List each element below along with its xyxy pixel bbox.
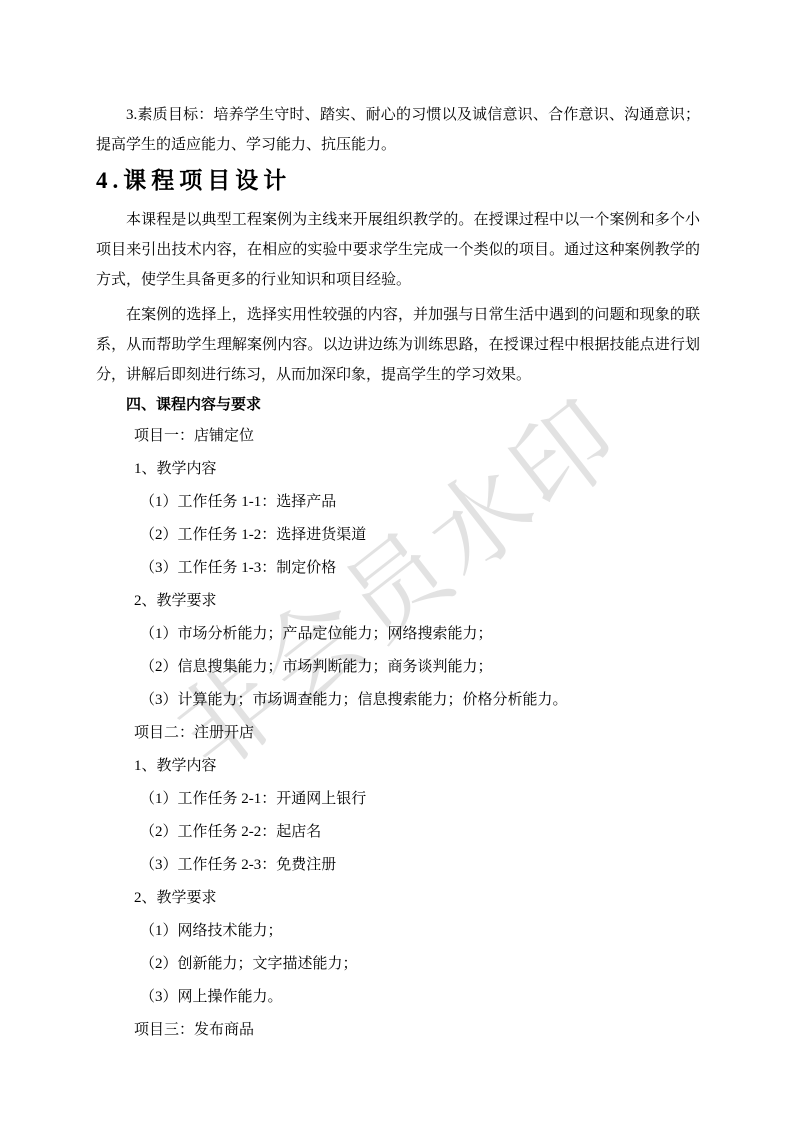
list-line-task: （3）工作任务 2-3：免费注册 (96, 849, 700, 882)
list-line-ability: （1）网络技术能力； (96, 915, 700, 948)
list-line-teaching-requirement: 2、教学要求 (96, 585, 700, 618)
list-line-ability: （2）信息搜集能力；市场判断能力；商务谈判能力； (96, 651, 700, 684)
paragraph-intro-2: 在案例的选择上，选择实用性较强的内容，并加强与日常生活中遇到的问题和现象的联系，… (96, 300, 700, 390)
list-line-task: （2）工作任务 2-2：起店名 (96, 816, 700, 849)
list-line-task: （1）工作任务 1-1：选择产品 (96, 486, 700, 519)
section-heading: 四、课程内容与要求 (96, 390, 700, 420)
list-line-project-1: 项目一：店铺定位 (96, 420, 700, 453)
list-line-teaching-content: 1、教学内容 (96, 453, 700, 486)
paragraph-intro-1: 本课程是以典型工程案例为主线来开展组织教学的。在授课过程中以一个案例和多个小项目… (96, 205, 700, 295)
list-line-ability: （3）计算能力；市场调查能力；信息搜索能力；价格分析能力。 (96, 684, 700, 717)
list-line-task: （3）工作任务 1-3：制定价格 (96, 552, 700, 585)
list-line-teaching-content: 1、教学内容 (96, 750, 700, 783)
list-line-teaching-requirement: 2、教学要求 (96, 882, 700, 915)
list-line-project-3: 项目三：发布商品 (96, 1014, 700, 1047)
list-line-ability: （3）网上操作能力。 (96, 981, 700, 1014)
chapter-heading: 4.课程项目设计 (96, 164, 700, 198)
list-line-project-2: 项目二：注册开店 (96, 717, 700, 750)
document-content: 3.素质目标：培养学生守时、踏实、耐心的习惯以及诚信意识、合作意识、沟通意识；提… (96, 100, 700, 1047)
document-page: 非会员水印 3.素质目标：培养学生守时、踏实、耐心的习惯以及诚信意识、合作意识、… (0, 0, 793, 1122)
list-line-task: （1）工作任务 2-1：开通网上银行 (96, 783, 700, 816)
list-line-ability: （1）市场分析能力；产品定位能力；网络搜索能力； (96, 618, 700, 651)
list-line-task: （2）工作任务 1-2：选择进货渠道 (96, 519, 700, 552)
paragraph-quality-goal: 3.素质目标：培养学生守时、踏实、耐心的习惯以及诚信意识、合作意识、沟通意识；提… (96, 100, 700, 160)
course-content-list: 项目一：店铺定位 1、教学内容 （1）工作任务 1-1：选择产品 （2）工作任务… (96, 420, 700, 1047)
list-line-ability: （2）创新能力；文字描述能力； (96, 948, 700, 981)
